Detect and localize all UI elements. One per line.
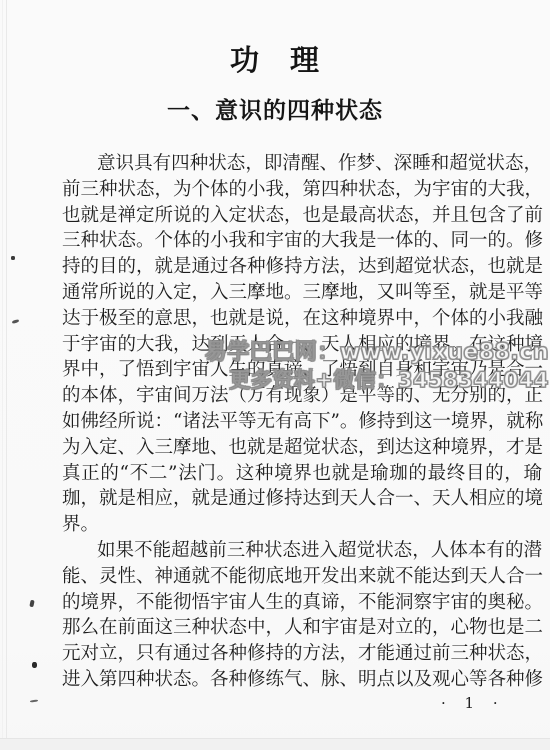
page-title: 功 理 <box>0 38 550 79</box>
text-line: 也就是禅定所说的入定状态，也是最高状态，并且包含了前 <box>62 203 542 229</box>
scan-speck <box>32 662 37 668</box>
text-line: 的境界，不能彻悟宇宙人生的真谛，不能洞察宇宙的奥秘。 <box>62 590 542 616</box>
scan-bottom-strip <box>0 738 550 750</box>
scan-speck <box>12 319 20 324</box>
text-line: 达于极至的意思，也就是说，在这种境界中，个体的小我融 <box>62 306 542 332</box>
text-line: 能、灵性、神通就不能彻底地开发出来就不能达到天人合一 <box>62 564 542 590</box>
watermark: 易学巴巴网：www.yixue88.cn 更多资料+微信：3458344044 <box>205 339 549 394</box>
text-line: 元对立，只有通过各种修持的方法，才能通过前三种状态， <box>62 641 542 667</box>
page-number: · 1 · <box>441 694 505 712</box>
text-line: 那么在前面这三种状态中，人和宇宙是对立的，心物也是二 <box>62 615 542 641</box>
text-line: 如果不能超越前三种状态进入超觉状态，人体本有的潜 <box>62 538 542 564</box>
scan-speck <box>29 600 34 608</box>
scan-speck <box>30 699 38 702</box>
text-line: 如佛经所说：“诸法平等无有高下”。修持到这一境界，就称 <box>62 409 542 435</box>
section-heading: 一、意识的四种状态 <box>0 92 550 125</box>
text-line: 前三种状态，为个体的小我，第四种状态，为宇宙的大我， <box>62 177 542 203</box>
text-line: 三种状态。个体的小我和宇宙的大我是一体的、同一的。修 <box>62 228 542 254</box>
scanned-page: 功 理 一、意识的四种状态 意识具有四种状态，即清醒、作梦、深睡和超觉状态，前三… <box>0 0 550 750</box>
watermark-wechat-text: 更多资料+微信：3458344044 <box>205 366 549 394</box>
scan-speck <box>11 256 15 260</box>
text-line: 通常所说的入定，入三摩地。三摩地，又叫等至，就是平等 <box>62 280 542 306</box>
text-line: 珈，就是相应，就是通过修持达到天人合一、天人相应的境 <box>62 486 542 512</box>
body-text: 意识具有四种状态，即清醒、作梦、深睡和超觉状态，前三种状态，为个体的小我，第四种… <box>62 151 542 693</box>
watermark-site-text: 易学巴巴网：www.yixue88.cn <box>205 339 549 366</box>
text-line: 进入第四种状态。各种修练气、脉、明点以及观心等各种修 <box>62 667 542 693</box>
text-line: 意识具有四种状态，即清醒、作梦、深睡和超觉状态， <box>62 151 542 177</box>
text-line: 为入定、入三摩地、也就是超觉状态，到达这种境界，才是 <box>62 435 542 461</box>
text-line: 持的目的，就是通过各种修持方法，达到超觉状态，也就是 <box>62 254 542 280</box>
text-line: 真正的“不二”法门。这种境界也就是瑜珈的最终目的，瑜 <box>62 461 542 487</box>
text-line: 界。 <box>62 512 542 538</box>
